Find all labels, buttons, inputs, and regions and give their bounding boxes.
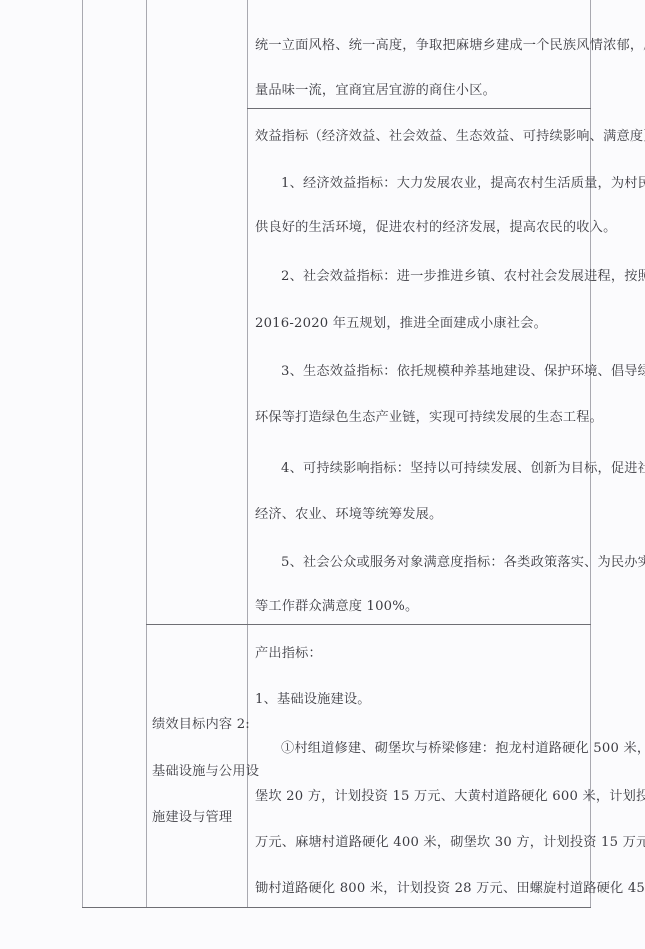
row-divider-2 bbox=[146, 624, 591, 625]
text-line: 1、基础设施建设。 bbox=[255, 688, 371, 707]
text-line: 堡坎 20 方，计划投资 15 万元、大黄村道路硬化 600 米，计划投资 15 bbox=[255, 785, 645, 804]
label-line: 基础设施与公用设 bbox=[152, 760, 259, 779]
text-line: 4、可持续影响指标：坚持以可持续发展、创新为目标，促进社会 bbox=[281, 457, 645, 476]
text-line: ①村组道修建、砌堡坎与桥梁修建：抱龙村道路硬化 500 米，砌 bbox=[281, 737, 645, 756]
section-heading: 效益指标（经济效益、社会效益、生态效益、可持续影响、满意度）： bbox=[255, 125, 645, 144]
text-line: 2016-2020 年五规划，推进全面建成小康社会。 bbox=[255, 312, 547, 331]
table-border-bottom bbox=[82, 907, 591, 908]
text-line: 万元、麻塘村道路硬化 400 米，砌堡坎 30 方，计划投资 15 万元、莫 bbox=[255, 831, 645, 850]
text-line: 3、生态效益指标：依托规模种养基地建设、保护环境、倡导绿色 bbox=[281, 360, 645, 379]
text-line: 供良好的生活环境，促进农村的经济发展，提高农民的收入。 bbox=[255, 216, 616, 235]
section-heading: 产出指标： bbox=[255, 642, 322, 661]
text-line: 经济、农业、环境等统筹发展。 bbox=[255, 503, 442, 522]
table-column-divider-1 bbox=[146, 0, 147, 907]
text-line: 环保等打造绿色生态产业链，实现可持续发展的生态工程。 bbox=[255, 406, 603, 425]
text-line: 1、经济效益指标：大力发展农业，提高农村生活质量，为村民提 bbox=[281, 172, 645, 191]
text-line: 量品味一流，宜商宜居宜游的商住小区。 bbox=[255, 79, 496, 98]
label-line: 施建设与管理 bbox=[152, 806, 232, 825]
text-line: 2、社会效益指标：进一步推进乡镇、农村社会发展进程，按照 bbox=[281, 265, 645, 284]
table-border-left bbox=[82, 0, 83, 907]
text-line: 5、社会公众或服务对象满意度指标：各类政策落实、为民办实事 bbox=[281, 551, 645, 570]
label-line: 绩效目标内容 2: bbox=[152, 713, 250, 732]
row-divider-1 bbox=[247, 108, 591, 109]
text-line: 锄村道路硬化 800 米，计划投资 28 万元、田螺旋村道路硬化 450 米， bbox=[255, 877, 645, 896]
text-line: 统一立面风格、统一高度，争取把麻塘乡建成一个民族风情浓郁，质 bbox=[255, 34, 645, 53]
text-line: 等工作群众满意度 100%。 bbox=[255, 595, 418, 614]
